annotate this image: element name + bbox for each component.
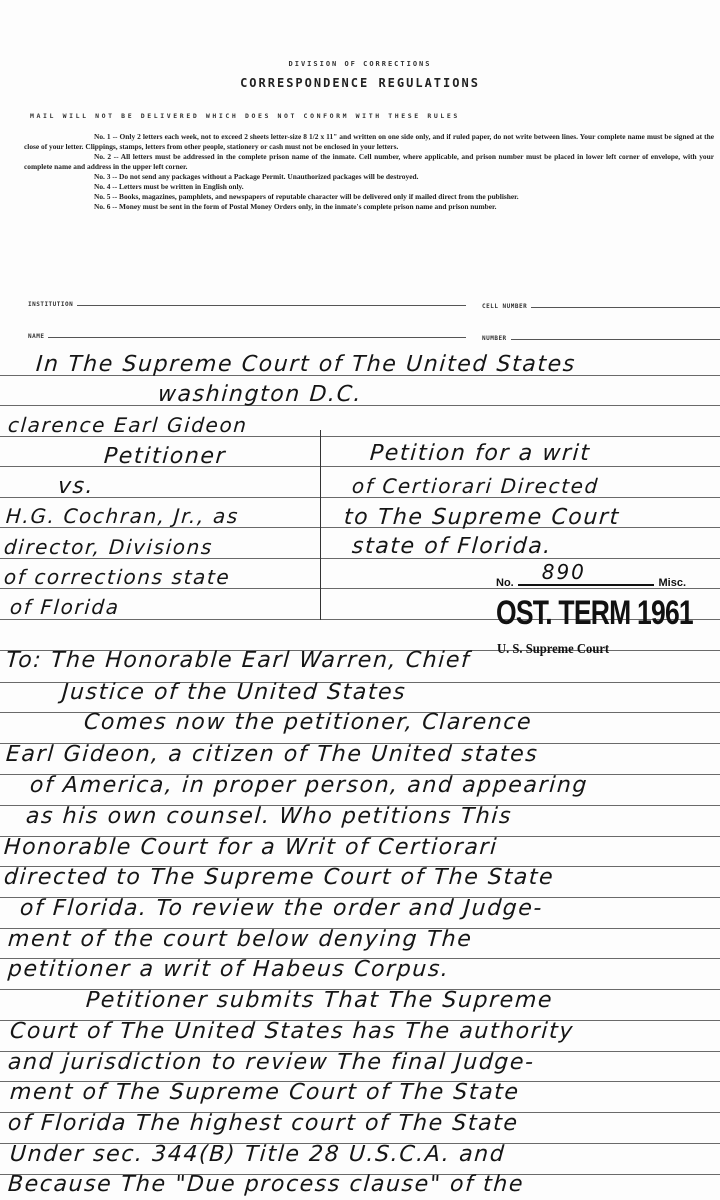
rule-4: No. 4 -- Letters must be written in Engl… bbox=[24, 182, 714, 192]
respondent-line-3: of corrections state bbox=[3, 565, 231, 589]
cell-number-field: CELL NUMBER bbox=[482, 298, 720, 310]
body-line: ment of The Supreme Court of The State bbox=[9, 1080, 520, 1105]
correspondence-rules: No. 1 -- Only 2 letters each week, not t… bbox=[24, 132, 714, 212]
name-label: NAME bbox=[28, 333, 44, 340]
body-line: Comes now the petitioner, Clarence bbox=[83, 710, 533, 735]
institution-line bbox=[77, 305, 466, 306]
caption-divider bbox=[320, 430, 321, 620]
petition-document: DIVISION OF CORRECTIONS CORRESPONDENCE R… bbox=[0, 0, 720, 1200]
body-line: of Florida The highest court of The Stat… bbox=[7, 1111, 519, 1136]
petition-line-2: of Certiorari Directed bbox=[351, 474, 600, 498]
body-line: and jurisdiction to review The final Jud… bbox=[7, 1050, 535, 1075]
petition-line-1: Petition for a writ bbox=[369, 441, 591, 466]
body-line: of America, in proper person, and appear… bbox=[29, 773, 589, 798]
institution-field: INSTITUTION bbox=[28, 296, 466, 308]
body-line: Court of The United States has The autho… bbox=[9, 1019, 575, 1044]
docket-no-label: No. bbox=[496, 577, 514, 589]
rule-5: No. 5 -- Books, magazines, pamphlets, an… bbox=[24, 192, 714, 202]
petitioner-role: Petitioner bbox=[103, 444, 227, 469]
rule-3: No. 3 -- Do not send any packages withou… bbox=[24, 172, 714, 182]
cell-number-label: CELL NUMBER bbox=[482, 303, 527, 310]
name-line bbox=[48, 337, 466, 338]
body-line: Petitioner submits That The Supreme bbox=[85, 988, 554, 1013]
institution-label: INSTITUTION bbox=[28, 301, 73, 308]
docket-misc-label: Misc. bbox=[658, 577, 686, 589]
form-title: CORRESPONDENCE REGULATIONS bbox=[0, 76, 720, 90]
body-line: Because The "Due process clause" of the bbox=[7, 1172, 525, 1197]
rule-2: No. 2 -- All letters must be addressed i… bbox=[24, 152, 714, 172]
body-line: Honorable Court for a Writ of Certiorari bbox=[3, 835, 499, 860]
form-division-heading: DIVISION OF CORRECTIONS bbox=[0, 60, 720, 68]
number-label: NUMBER bbox=[482, 335, 507, 342]
body-line: To: The Honorable Earl Warren, Chief bbox=[5, 648, 471, 673]
court-heading: In The Supreme Court of The United State… bbox=[35, 352, 577, 377]
body-line: directed to The Supreme Court of The Sta… bbox=[3, 865, 555, 890]
body-line: of Florida. To review the order and Judg… bbox=[19, 896, 544, 921]
cell-number-line bbox=[531, 307, 720, 308]
court-location: washington D.C. bbox=[157, 382, 363, 407]
versus: vs. bbox=[57, 474, 95, 499]
petitioner-name: clarence Earl Gideon bbox=[7, 413, 248, 437]
body-line: Justice of the United States bbox=[61, 680, 407, 705]
body-line: ment of the court below denying The bbox=[7, 927, 473, 952]
body-line: Earl Gideon, a citizen of The United sta… bbox=[5, 742, 539, 767]
docket-number: 890 bbox=[542, 560, 586, 584]
body-line: as his own counsel. Who petitions This bbox=[25, 804, 513, 829]
rule-6: No. 6 -- Money must be sent in the form … bbox=[24, 202, 714, 212]
petition-line-4: state of Florida. bbox=[351, 534, 553, 559]
number-field: NUMBER bbox=[482, 330, 720, 342]
body-line: Under sec. 344(B) Title 28 U.S.C.A. and bbox=[9, 1142, 506, 1167]
court-stamp: U. S. Supreme Court bbox=[497, 642, 609, 658]
rule-1: No. 1 -- Only 2 letters each week, not t… bbox=[24, 132, 714, 152]
name-field: NAME bbox=[28, 328, 466, 340]
respondent-line-1: H.G. Cochran, Jr., as bbox=[5, 504, 240, 528]
term-stamp: OST. TERM 1961 bbox=[496, 594, 693, 633]
respondent-line-2: director, Divisions bbox=[3, 535, 214, 559]
number-line bbox=[511, 339, 720, 340]
docket-number-stamp: No. 890 Misc. bbox=[496, 565, 686, 589]
respondent-line-4: of Florida bbox=[9, 595, 120, 619]
form-mail-notice: MAIL WILL NOT BE DELIVERED WHICH DOES NO… bbox=[30, 112, 720, 120]
body-line: petitioner a writ of Habeus Corpus. bbox=[7, 957, 450, 982]
petition-line-3: to The Supreme Court bbox=[343, 505, 621, 530]
